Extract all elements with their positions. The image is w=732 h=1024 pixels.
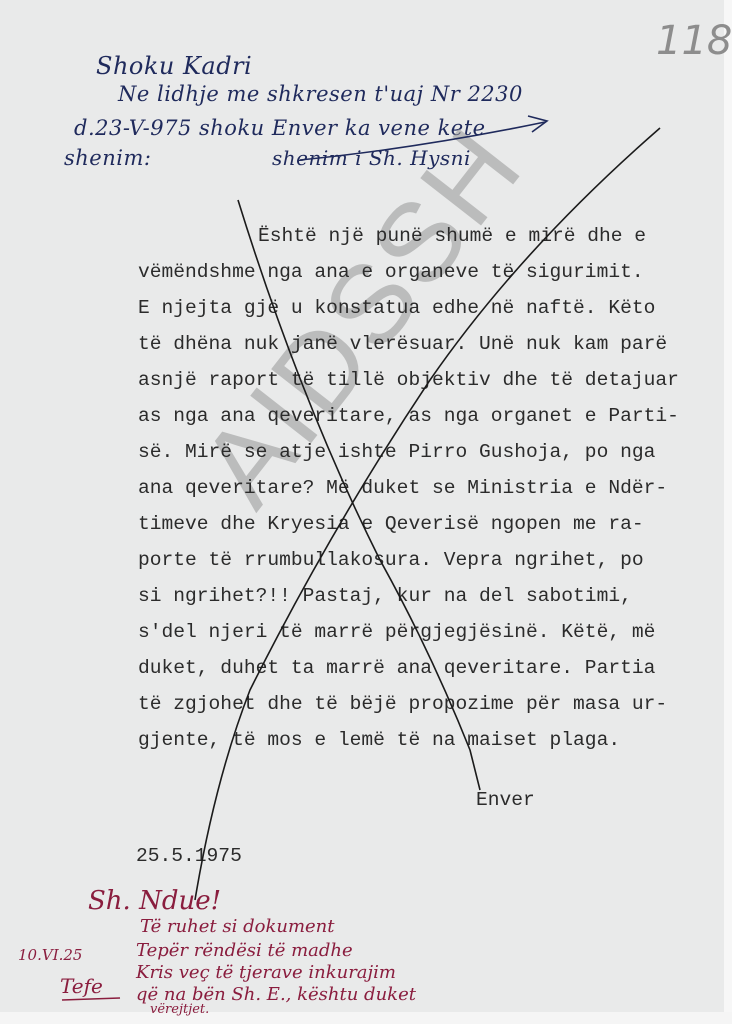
- document-page: 118 Shoku Kadri Ne lidhje me shkresen t'…: [0, 0, 732, 1024]
- initials-underline: [62, 998, 120, 1000]
- cross-out-stroke-2: [238, 200, 480, 790]
- underline-arrow-stroke: [300, 122, 545, 160]
- cross-out-stroke-1: [195, 128, 660, 900]
- pen-strokes: [0, 0, 732, 1024]
